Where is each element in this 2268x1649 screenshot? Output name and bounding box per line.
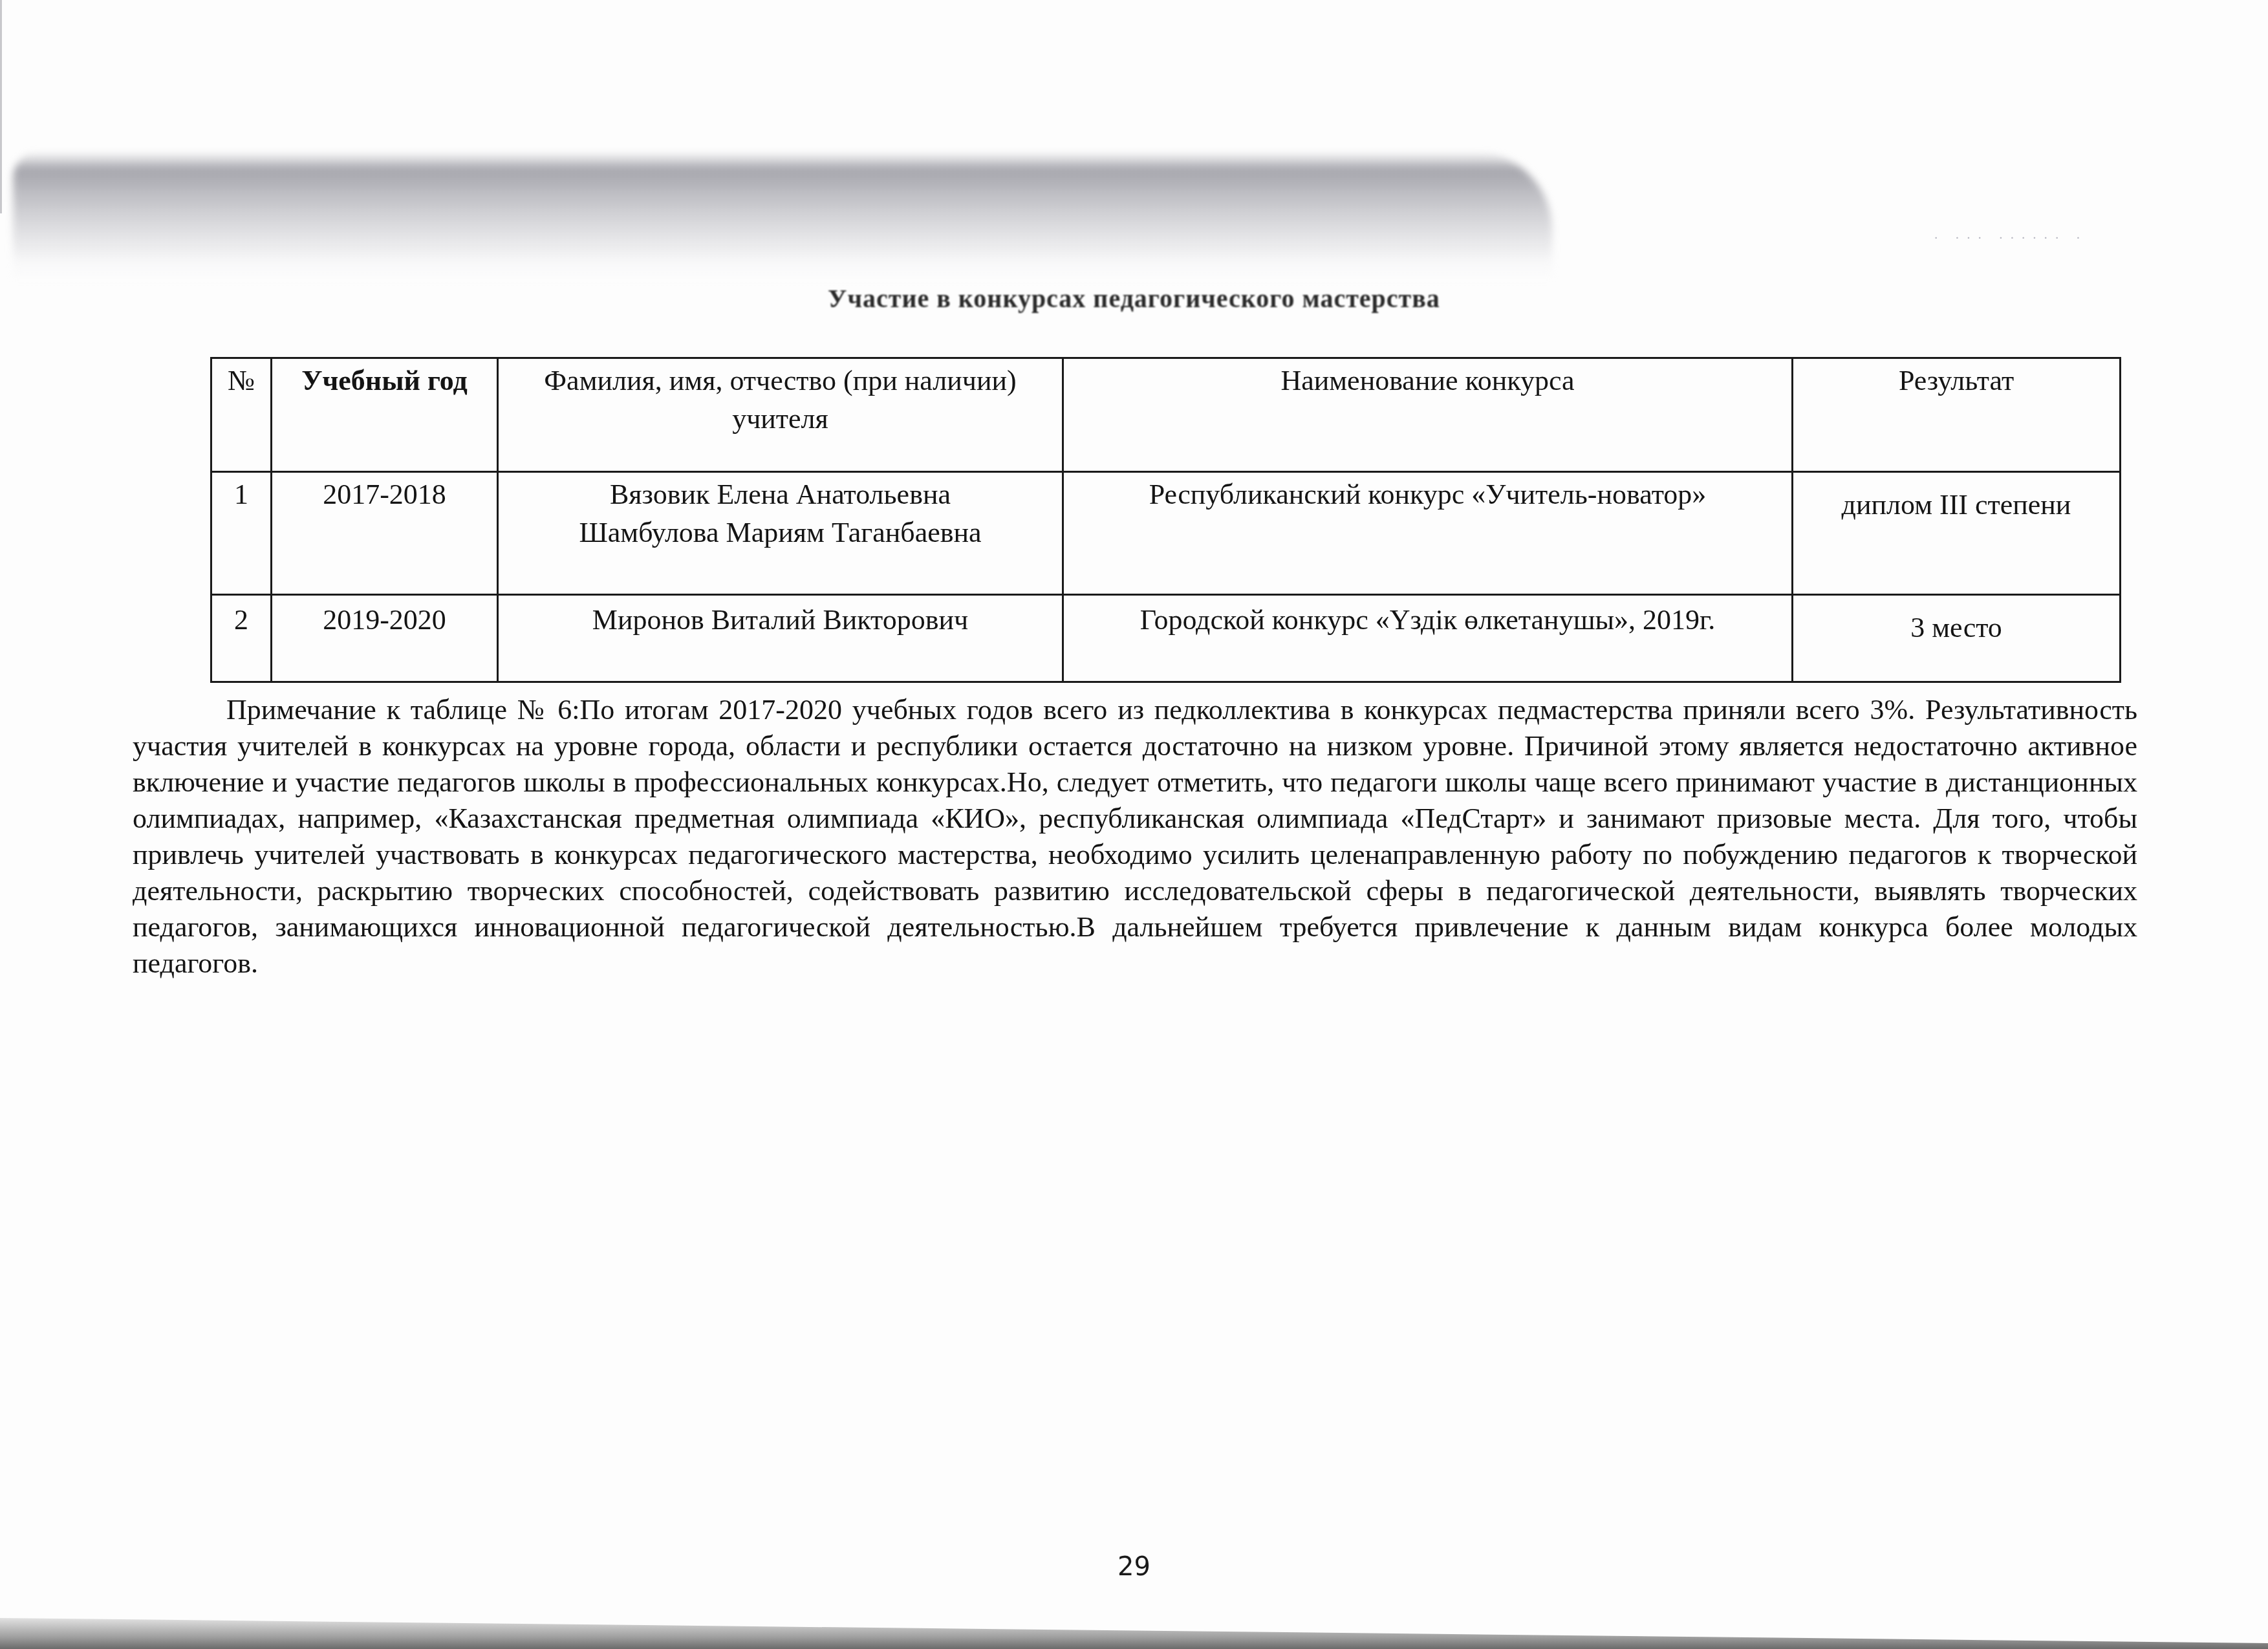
cell-number: 2 (211, 595, 272, 682)
page-title: Участие в конкурсах педагогического маст… (0, 283, 2268, 314)
page-number: 29 (0, 1552, 2268, 1582)
table-row: 1 2017-2018 Вязовик Елена Анатольевна Ша… (211, 472, 2121, 595)
header-number: № (211, 358, 272, 472)
header-year: Учебный год (272, 358, 498, 472)
faint-header-mark: · ··· ······ · (1934, 230, 2087, 246)
cell-contest: Городской конкурс «Үздік өлкетанушы», 20… (1063, 595, 1793, 682)
scan-shadow-top (13, 152, 1552, 281)
teacher-name: Вязовик Елена Анатольевна (505, 475, 1055, 513)
cell-teachers: Миронов Виталий Викторович (498, 595, 1063, 682)
header-teacher: Фамилия, имя, отчество (при наличии) учи… (498, 358, 1063, 472)
cell-year: 2019-2020 (272, 595, 498, 682)
table-row: 2 2019-2020 Миронов Виталий Викторович Г… (211, 595, 2121, 682)
table-header-row: № Учебный год Фамилия, имя, отчество (пр… (211, 358, 2121, 472)
scan-edge (0, 0, 2, 213)
cell-year: 2017-2018 (272, 472, 498, 595)
header-contest: Наименование конкурса (1063, 358, 1793, 472)
contests-table: № Учебный год Фамилия, имя, отчество (пр… (210, 357, 2121, 683)
header-result: Результат (1793, 358, 2121, 472)
cell-result: диплом III степени (1793, 472, 2121, 595)
note-text: Примечание к таблице № 6:По итогам 2017-… (133, 694, 2137, 979)
cell-number: 1 (211, 472, 272, 595)
table-note-paragraph: Примечание к таблице № 6:По итогам 2017-… (133, 692, 2137, 982)
teacher-name: Шамбулова Мариям Таганбаевна (505, 513, 1055, 552)
teacher-name: Миронов Виталий Викторович (505, 601, 1055, 639)
cell-result: 3 место (1793, 595, 2121, 682)
cell-teachers: Вязовик Елена Анатольевна Шамбулова Мари… (498, 472, 1063, 595)
cell-contest: Республиканский конкурс «Учитель-новатор… (1063, 472, 1793, 595)
scan-shadow-bottom (0, 1610, 2268, 1649)
